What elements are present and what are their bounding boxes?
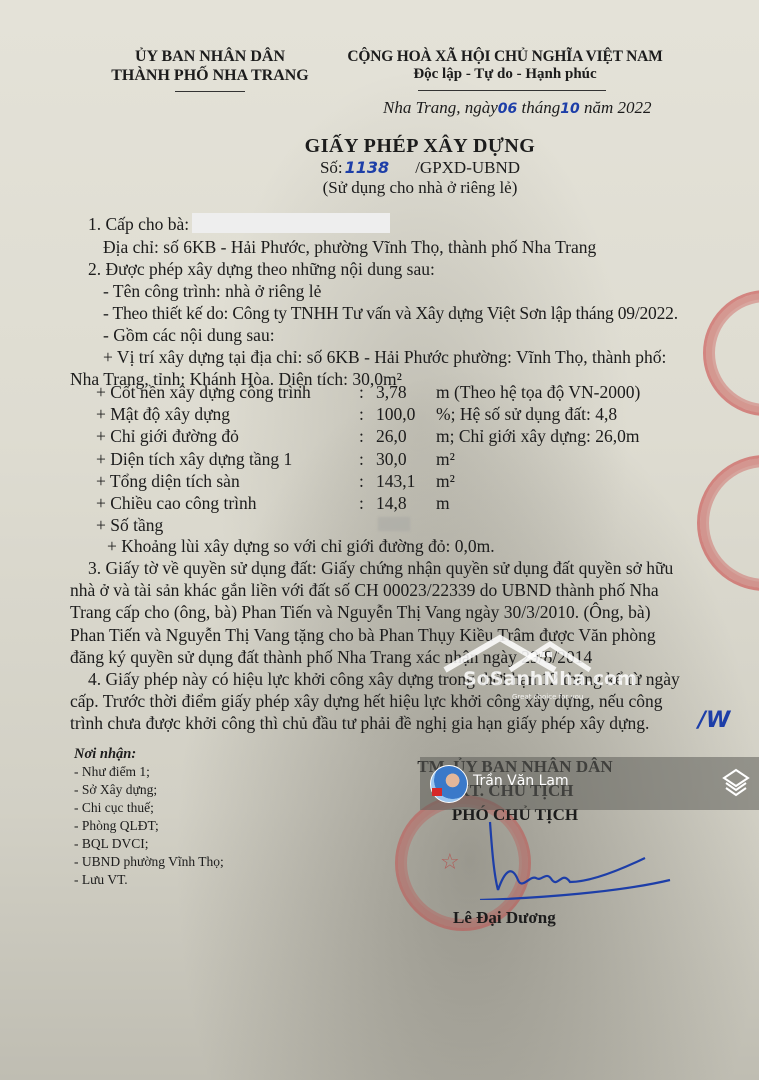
permit-subtitle: (Sử dụng cho nhà ở riêng lẻ) [270, 178, 570, 198]
s3-line: 3. Giấy tờ về quyền sử dụng đất: Giấy ch… [88, 557, 673, 579]
spec-label: + Mật độ xây dựng [96, 403, 230, 425]
spec-sep: : [359, 470, 364, 492]
section-1-address: Địa chỉ: số 6KB - Hải Phước, phường Vĩnh… [103, 236, 596, 258]
spec-unit: m; Chỉ giới xây dựng: 26,0m [436, 425, 639, 447]
recipient-item: - BQL DVCI; [74, 835, 224, 853]
spec-value: 30,0 [376, 448, 407, 470]
spec-sep: : [359, 492, 364, 514]
spec-unit: m² [436, 448, 455, 470]
spec-label: + Diện tích xây dựng tầng 1 [96, 448, 292, 470]
permit-number-value: 1138 [345, 158, 390, 177]
nation-line1: CỘNG HOÀ XÃ HỘI CHỦ NGHĨA VIỆT NAM [335, 47, 675, 66]
redacted-floors [378, 517, 410, 531]
signer-name: Lê Đại Dương [453, 908, 556, 928]
section-2-label: 2. Được phép xây dựng theo những nội dun… [88, 258, 435, 280]
recipient-item: - UBND phường Vĩnh Thọ; [74, 853, 224, 871]
watermark-brand: SoSanhNha.com [463, 668, 637, 690]
s4-line: trình chưa được khởi công thì chủ đầu tư… [70, 712, 649, 734]
handwritten-signature [450, 820, 690, 900]
spec-sep: : [359, 403, 364, 425]
spec-label: + Cốt nền xây dựng công trình [96, 381, 311, 403]
spec-label: + Tổng diện tích sàn [96, 470, 240, 492]
title-block: GIẤY PHÉP XÂY DỰNG Số:1138/GPXD-UBND (Sử… [270, 135, 570, 198]
spec-sep: : [359, 381, 364, 403]
issue-date: Nha Trang, ngày06 tháng10 năm 2022 [383, 98, 652, 118]
spec-sep: : [359, 425, 364, 447]
user-overlay-bar [420, 757, 759, 810]
section-2-design: - Theo thiết kế do: Công ty TNHH Tư vấn … [103, 302, 678, 324]
initials-mark: /W [698, 708, 730, 733]
spec-unit: m² [436, 470, 455, 492]
nation-line2: Độc lập - Tự do - Hạnh phúc [335, 66, 675, 83]
date-month: 10 [560, 101, 579, 117]
spec-value: 143,1 [376, 470, 415, 492]
date-day: 06 [498, 101, 517, 117]
spec-unit: m [436, 492, 450, 514]
page-title: GIẤY PHÉP XÂY DỰNG [270, 135, 570, 158]
section-2-includes: - Gồm các nội dung sau: [103, 324, 275, 346]
spec-label: + Chỉ giới đường đỏ [96, 425, 239, 447]
recipient-item: - Phòng QLĐT; [74, 817, 224, 835]
layers-icon[interactable] [722, 768, 750, 798]
recipient-item: - Như điểm 1; [74, 763, 224, 781]
section-2-setback: + Khoảng lùi xây dựng so với chỉ giới đư… [107, 535, 495, 557]
recipients-list: - Như điểm 1;- Sở Xây dựng;- Chi cục thu… [74, 763, 224, 889]
section-2-location-a: + Vị trí xây dựng tại địa chỉ: số 6KB - … [103, 346, 666, 368]
section-1-label: 1. Cấp cho bà: [88, 213, 189, 235]
issuer-line2: THÀNH PHỐ NHA TRANG [110, 66, 310, 85]
spec-unit: %; Hệ số sử dụng đất: 4,8 [436, 403, 617, 425]
recipients-block: Nơi nhận: - Như điểm 1;- Sở Xây dựng;- C… [74, 745, 224, 889]
s3-line: Trang cấp cho (ông, bà) Phan Tiến và Ngu… [70, 601, 651, 623]
recipient-item: - Chi cục thuế; [74, 799, 224, 817]
spec-unit: m (Theo hệ tọa độ VN-2000) [436, 381, 640, 403]
issuer-line1: ỦY BAN NHÂN DÂN [110, 47, 310, 66]
spec-sep: : [359, 448, 364, 470]
nation-underline [418, 90, 606, 91]
nation-block: CỘNG HOÀ XÃ HỘI CHỦ NGHĨA VIỆT NAM Độc l… [335, 47, 675, 83]
permit-number: Số:1138/GPXD-UBND [270, 158, 570, 178]
user-avatar[interactable] [430, 765, 468, 803]
issuer-block: ỦY BAN NHÂN DÂN THÀNH PHỐ NHA TRANG [110, 47, 310, 85]
user-name[interactable]: Trần Văn Lam [473, 773, 569, 789]
issuer-underline [175, 91, 245, 92]
flag-icon [432, 788, 442, 796]
redacted-name [192, 213, 390, 233]
spec-label: + Số tầng [96, 514, 163, 536]
recipients-title: Nơi nhận: [74, 745, 224, 763]
spec-value: 26,0 [376, 425, 407, 447]
spec-value: 14,8 [376, 492, 407, 514]
s3-line: nhà ở và tài sản khác gắn liền với đất s… [70, 579, 659, 601]
spec-value: 3,78 [376, 381, 407, 403]
spec-label: + Chiều cao công trình [96, 492, 257, 514]
spec-value: 100,0 [376, 403, 415, 425]
watermark-tagline: Great choice for you [512, 693, 583, 701]
section-2-name: - Tên công trình: nhà ở riêng lẻ [103, 280, 321, 302]
recipient-item: - Lưu VT. [74, 871, 224, 889]
recipient-item: - Sở Xây dựng; [74, 781, 224, 799]
